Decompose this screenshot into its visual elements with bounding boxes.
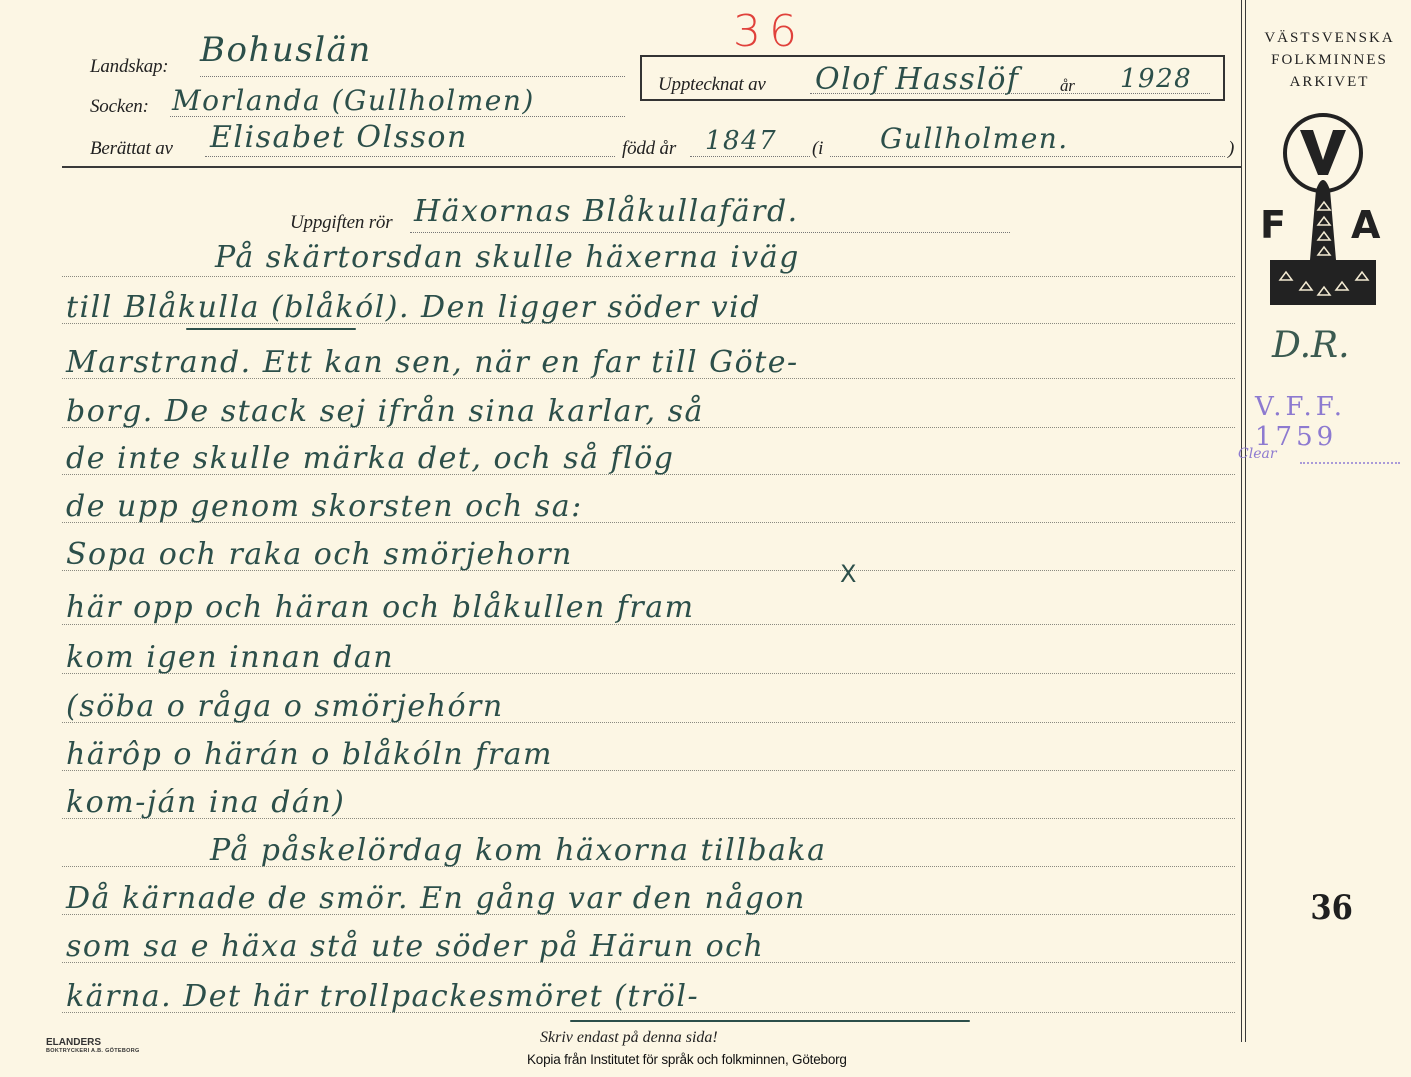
ruled-line (62, 276, 1235, 277)
berattat-value: Elisabet Olsson (210, 120, 468, 155)
body-line: kom igen innan dan (66, 640, 394, 675)
body-line: som sa e häxa stå ute söder på Härun och (66, 929, 764, 964)
socken-value: Morlanda (Gullholmen) (172, 84, 535, 117)
archive-card: 36 Landskap: Bohuslän Upptecknat av Olof… (0, 0, 1411, 1077)
header-rule (62, 166, 1241, 168)
underline-mark (186, 328, 356, 330)
x-mark: X (840, 560, 856, 588)
stamp-signature-line (1300, 462, 1400, 464)
body-line: till Blåkulla (blåkól). Den ligger söder… (66, 290, 761, 325)
body-line: (söba o råga o smörjehórn (66, 689, 504, 724)
place-dots (830, 156, 1225, 157)
body-line: Då kärnade de smör. En gång var den någo… (66, 881, 806, 916)
column-divider (1245, 0, 1246, 1042)
archive-title-line: FOLKMINNES (1248, 50, 1411, 70)
body-line: kärna. Det här trollpackesmöret (tröl- (66, 979, 699, 1014)
red-page-mark: 36 (733, 6, 805, 57)
archive-title-line: ARKIVET (1248, 72, 1411, 92)
body-line: här opp och häran och blåkullen fram (66, 590, 695, 625)
subject-label: Uppgiften rör (290, 212, 392, 234)
footer-copy-notice: Kopia från Institutet för språk och folk… (527, 1052, 847, 1067)
place-value: Gullholmen. (880, 122, 1069, 155)
landskap-label: Landskap: (90, 56, 168, 78)
fodd-label: född år (622, 138, 676, 160)
place-prefix: (i (812, 138, 823, 160)
fodd-value: 1847 (705, 126, 777, 156)
subject-dots (410, 232, 1010, 233)
landskap-dots (200, 76, 625, 77)
body-line: de upp genom skorsten och sa: (66, 489, 583, 524)
body-line: På påskelördag kom häxorna tillbaka (210, 833, 827, 868)
footer-instruction: Skriv endast på denna sida! (540, 1029, 718, 1047)
berattat-label: Berättat av (90, 138, 173, 160)
printer-sub: BOKTRYCKERI A.B. GÖTEBORG (46, 1047, 140, 1056)
recorder-label: Upptecknat av (658, 74, 766, 96)
body-line: Marstrand. Ett kan sen, när en far till … (66, 345, 799, 380)
recorder-year-label: år (1060, 76, 1075, 96)
recorder-year: 1928 (1120, 64, 1192, 94)
printer-mark: ELANDERS BOKTRYCKERI A.B. GÖTEBORG (46, 1038, 140, 1056)
body-line: de inte skulle märka det, och så flög (66, 441, 675, 476)
stamp-signature: Clear (1238, 446, 1277, 462)
vfa-hammer-logo-icon: F A (1258, 110, 1388, 305)
logo-letter-a: A (1351, 203, 1381, 247)
body-line: kom-ján ina dán) (66, 785, 345, 820)
place-suffix: ) (1228, 138, 1234, 160)
archive-title-line: VÄSTSVENSKA (1248, 28, 1411, 48)
body-line: borg. De stack sej ifrån sina karlar, så (66, 394, 704, 429)
landskap-value: Bohuslän (200, 30, 372, 70)
berattat-dots (205, 156, 615, 157)
underline-mark (570, 1020, 970, 1022)
archive-stamp: V.F.F. 1759 (1255, 392, 1411, 452)
body-line: Sopa och raka och smörjehorn (66, 537, 573, 572)
recorder-value: Olof Hasslöf (815, 62, 1020, 97)
logo-letter-f: F (1260, 203, 1286, 247)
initials-mark: D.R. (1272, 325, 1350, 366)
fodd-dots (690, 156, 810, 157)
subject-value: Häxornas Blåkullafärd. (414, 194, 799, 229)
body-line: På skärtorsdan skulle häxerna iväg (215, 240, 800, 275)
socken-label: Socken: (90, 96, 149, 118)
page-number: 36 (1310, 888, 1353, 928)
column-divider (1241, 0, 1242, 1042)
body-line: härôp o härán o blåkóln fram (66, 737, 553, 772)
